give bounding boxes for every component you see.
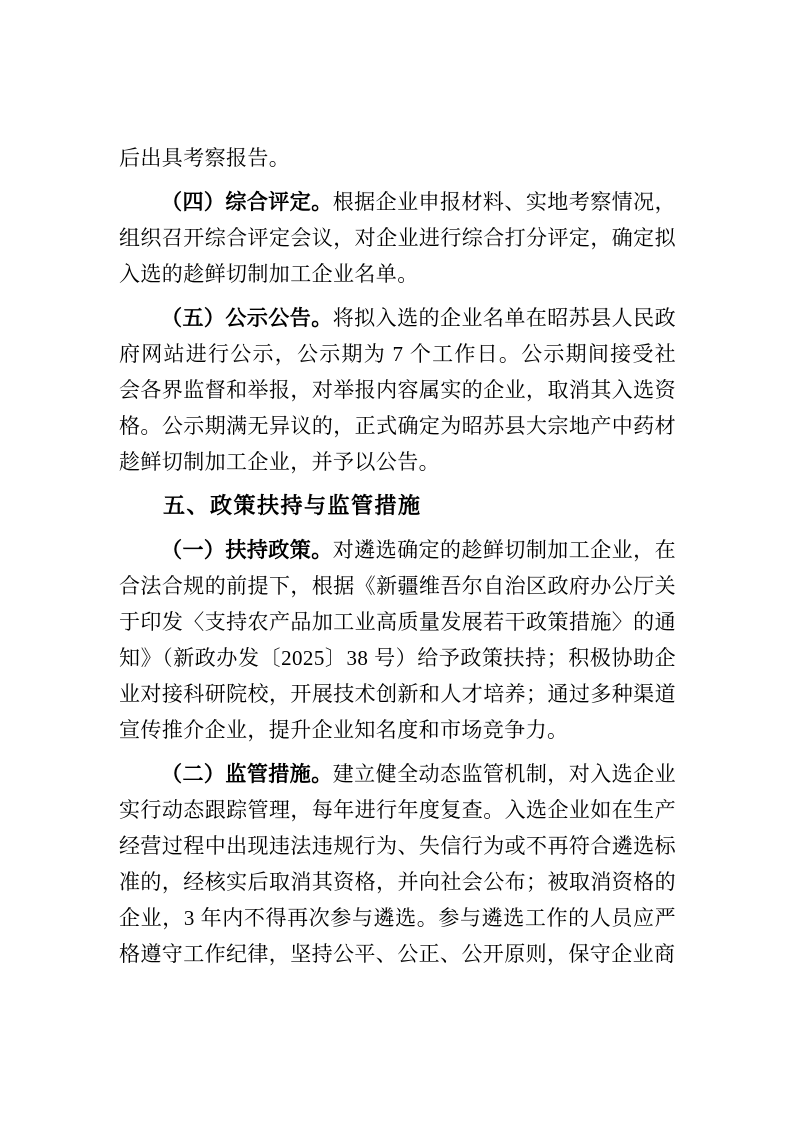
text-block: 后出具考察报告。 （四）综合评定。根据企业申报材料、实地考察情况，组织召开综合评… [119, 140, 676, 980]
section-heading-text: 五、政策扶持与监管措施 [163, 493, 422, 518]
paragraph-text: 将拟入选的企业名单在昭苏县人民政府网站进行公示，公示期为 7 个工作日。公示期间… [119, 306, 676, 474]
paragraph-item-1: （一）扶持政策。对遴选确定的趁鲜切制加工企业，在合法合规的前提下，根据《新疆维吾… [119, 532, 676, 748]
paragraph-lead: （五）公示公告。 [161, 306, 333, 330]
paragraph-lead: （四）综合评定。 [161, 190, 333, 214]
paragraph-continuation: 后出具考察报告。 [119, 140, 676, 176]
paragraph-text: 对遴选确定的趁鲜切制加工企业，在合法合规的前提下，根据《新疆维吾尔自治区政府办公… [119, 538, 676, 742]
paragraph-text: 建立健全动态监管机制，对入选企业实行动态跟踪管理，每年进行年度复查。入选企业如在… [119, 762, 676, 966]
paragraph-item-2: （二）监管措施。建立健全动态监管机制，对入选企业实行动态跟踪管理，每年进行年度复… [119, 756, 676, 972]
paragraph-lead: （一）扶持政策。 [161, 538, 333, 562]
paragraph-lead: （二）监管措施。 [161, 762, 333, 786]
paragraph-item-4: （四）综合评定。根据企业申报材料、实地考察情况，组织召开综合评定会议，对企业进行… [119, 184, 676, 292]
document-page: 后出具考察报告。 （四）综合评定。根据企业申报材料、实地考察情况，组织召开综合评… [0, 0, 793, 1122]
section-heading: 五、政策扶持与监管措施 [119, 488, 676, 524]
paragraph-item-5: （五）公示公告。将拟入选的企业名单在昭苏县人民政府网站进行公示，公示期为 7 个… [119, 300, 676, 480]
paragraph-text: 后出具考察报告。 [119, 146, 290, 170]
